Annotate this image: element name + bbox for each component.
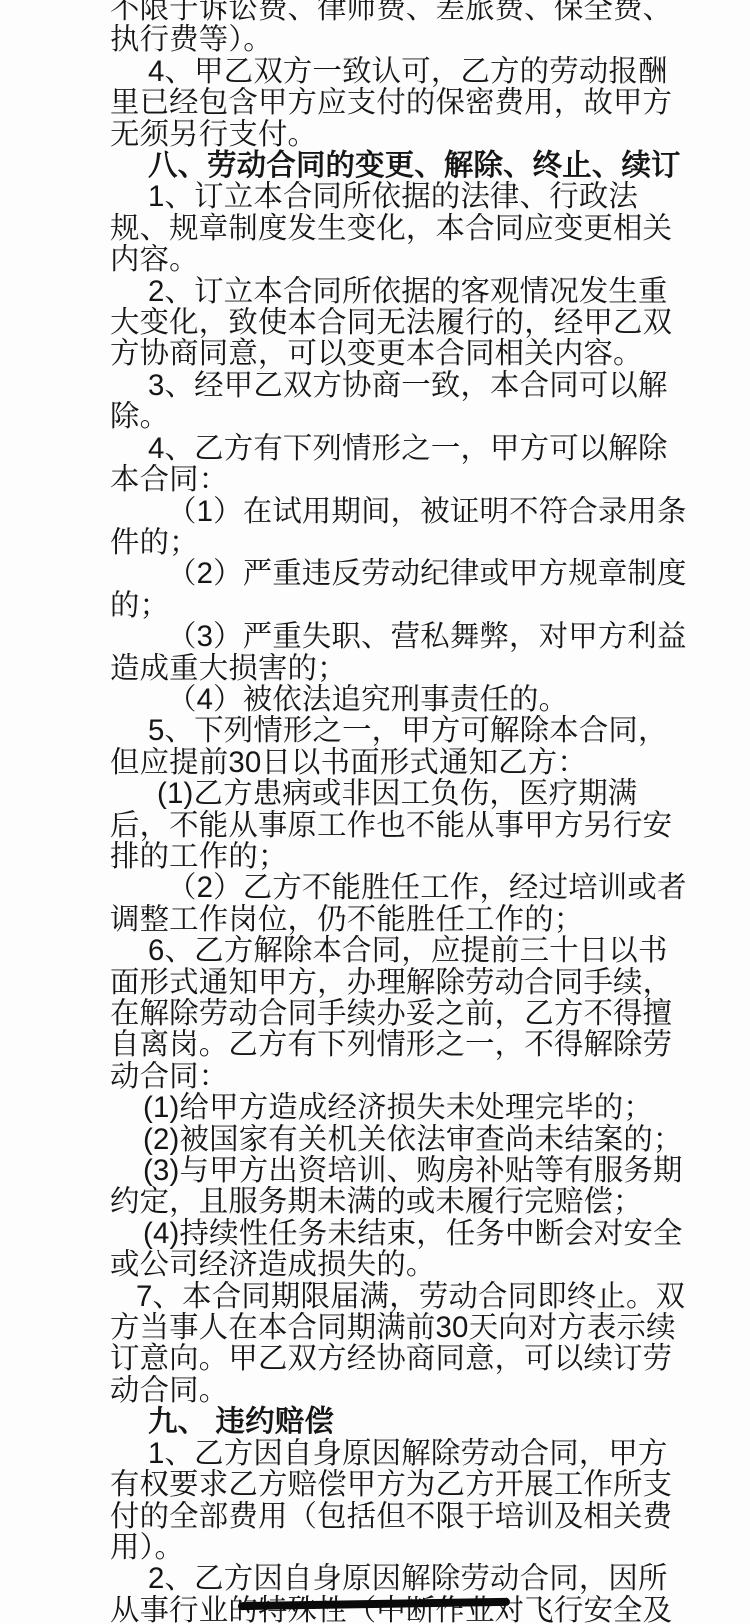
contract-document-page: 不限于诉讼费、律师费、差旅费、保全费、执行费等）。4、甲乙双方一致认可，乙方的劳… [0,0,750,1624]
contract-line: 2、乙方因自身原因解除劳动合同，因所 [110,1563,680,1594]
contract-line: 4、甲乙双方一致认可，乙方的劳动报酬 [110,56,680,87]
contract-line: (1)给甲方造成经济损失未处理完毕的； [110,1092,680,1123]
contract-line: 1、乙方因自身原因解除劳动合同，甲方 [110,1438,680,1469]
contract-line: 5、下列情形之一，甲方可解除本合同， [110,715,680,746]
contract-line: （2）严重违反劳动纪律或甲方规章制度 [110,558,680,589]
contract-line: 用）。 [110,1532,680,1563]
contract-line: （1）在试用期间，被证明不符合录用条 [110,496,680,527]
contract-line: 执行费等）。 [110,24,680,55]
section-heading: 八、劳动合同的变更、解除、终止、续订 [110,150,680,181]
contract-line: 3、经甲乙双方协商一致，本合同可以解 [110,370,680,401]
contract-line: 6、乙方解除本合同，应提前三十日以书 [110,935,680,966]
contract-line: 但应提前30日以书面形式通知乙方： [110,747,680,778]
contract-line: 自离岗。乙方有下列情形之一，不得解除劳 [110,1029,680,1060]
contract-line: 订意向。甲乙双方经协商同意，可以续订劳 [110,1343,680,1374]
contract-line: (4)持续性任务未结束，任务中断会对安全 [110,1218,680,1249]
contract-line: 有权要求乙方赔偿甲方为乙方开展工作所支 [110,1469,680,1500]
contract-line: 后，不能从事原工作也不能从事甲方另行安 [110,810,680,841]
contract-line: 无须另行支付。 [110,119,680,150]
contract-line: （2）乙方不能胜任工作，经过培训或者 [110,872,680,903]
contract-line: (1)乙方患病或非因工负伤，医疗期满 [110,778,680,809]
contract-line: (2)被国家有关机关依法审查尚未结案的； [110,1124,680,1155]
contract-line: 方当事人在本合同期满前30天向对方表示续 [110,1312,680,1343]
contract-line: 或公司经济造成损失的。 [110,1249,680,1280]
contract-line: 件的； [110,527,680,558]
contract-line: 动合同。 [110,1375,680,1406]
contract-line: 调整工作岗位，仍不能胜任工作的； [110,904,680,935]
contract-line: （4）被依法追究刑事责任的。 [110,684,680,715]
contract-line: 方协商同意，可以变更本合同相关内容。 [110,338,680,369]
contract-line: 规、规章制度发生变化，本合同应变更相关 [110,213,680,244]
contract-line: 付的全部费用（包括但不限于培训及相关费 [110,1501,680,1532]
contract-line: 动合同： [110,1061,680,1092]
contract-line: 的； [110,590,680,621]
contract-line: 不限于诉讼费、律师费、差旅费、保全费、 [110,0,680,24]
contract-line: 2、订立本合同所依据的客观情况发生重 [110,276,680,307]
section-heading: 九、 违约赔偿 [110,1406,680,1437]
contract-line: 大变化，致使本合同无法履行的，经甲乙双 [110,307,680,338]
contract-line: 4、乙方有下列情形之一，甲方可以解除 [110,433,680,464]
contract-line: 除。 [110,401,680,432]
contract-line: 造成重大损害的； [110,653,680,684]
contract-line: (3)与甲方出资培训、购房补贴等有服务期 [110,1155,680,1186]
contract-line: 在解除劳动合同手续办妥之前，乙方不得擅 [110,998,680,1029]
contract-line: 约定，且服务期未满的或未履行完赔偿； [110,1186,680,1217]
contract-text-column: 不限于诉讼费、律师费、差旅费、保全费、执行费等）。4、甲乙双方一致认可，乙方的劳… [110,0,680,1624]
contract-line: 内容。 [110,244,680,275]
contract-line: 本合同： [110,464,680,495]
contract-line: 7、本合同期限届满，劳动合同即终止。双 [110,1281,680,1312]
contract-line: 里已经包含甲方应支付的保密费用，故甲方 [110,87,680,118]
contract-line: 面形式通知甲方，办理解除劳动合同手续， [110,967,680,998]
contract-line: （3）严重失职、营私舞弊，对甲方利益 [110,621,680,652]
contract-line: 1、订立本合同所依据的法律、行政法 [110,181,680,212]
contract-line: 排的工作的； [110,841,680,872]
